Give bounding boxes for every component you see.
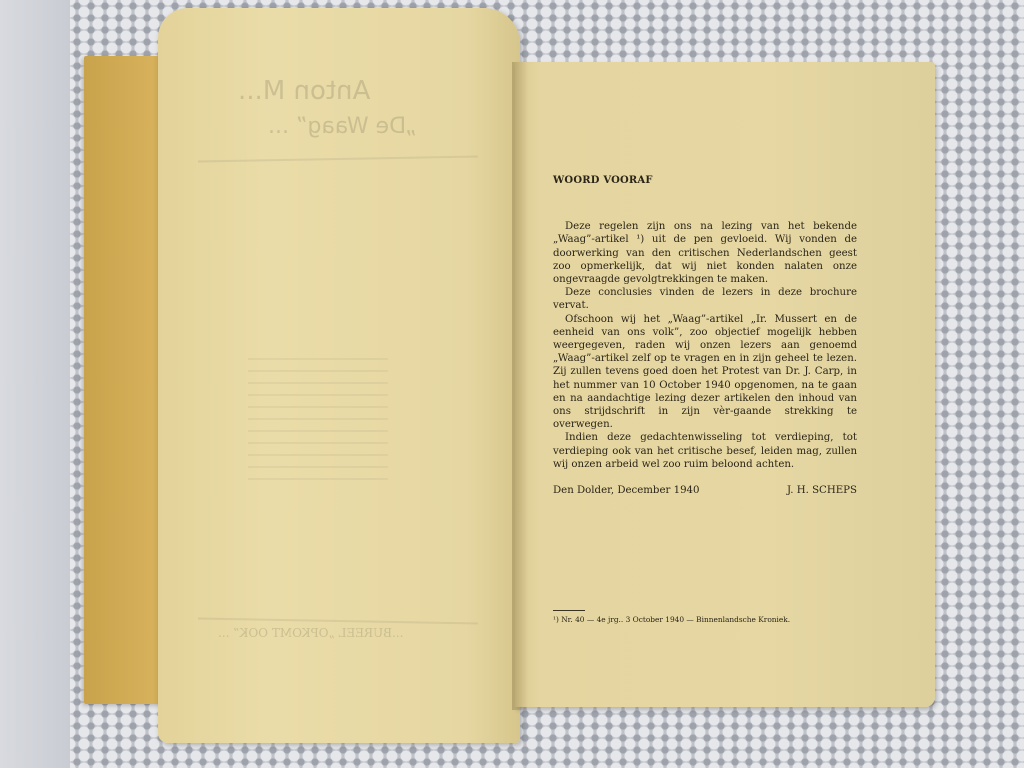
paragraph: Deze regelen zijn ons na lezing van het … <box>553 220 857 286</box>
footnote-rule <box>553 610 585 611</box>
page-heading: WOORD VOORAF <box>553 174 857 187</box>
show-through-footer: ...BUREEL „OPKOMT OOK” ... <box>218 626 403 640</box>
left-page[interactable]: Anton M... „De Waag” ... ...BUREEL „OPKO… <box>158 8 520 743</box>
place-date: Den Dolder, December 1940 <box>553 484 700 497</box>
footnote: ¹) Nr. 40 — 4e jrg.. 3 October 1940 — Bi… <box>553 615 790 624</box>
plain-cloth <box>0 0 70 768</box>
page-content: WOORD VOORAF Deze regelen zijn ons na le… <box>553 174 857 497</box>
paragraph: Deze conclusies vinden de lezers in deze… <box>553 286 857 312</box>
show-through-rule <box>198 156 478 163</box>
book-gutter <box>512 62 528 710</box>
show-through-title-2: „De Waag” ... <box>268 114 417 139</box>
paragraph: Indien deze gedachtenwisseling tot verdi… <box>553 431 857 471</box>
show-through-text-block <box>248 358 388 488</box>
author: J. H. SCHEPS <box>787 484 857 497</box>
paragraph: Ofschoon wij het „Waag”-artikel „Ir. Mus… <box>553 313 857 432</box>
signoff: Den Dolder, December 1940 J. H. SCHEPS <box>553 484 857 497</box>
show-through-rule-bottom <box>198 618 478 625</box>
show-through-title-1: Anton M... <box>238 76 370 106</box>
right-page[interactable]: WOORD VOORAF Deze regelen zijn ons na le… <box>515 62 935 707</box>
